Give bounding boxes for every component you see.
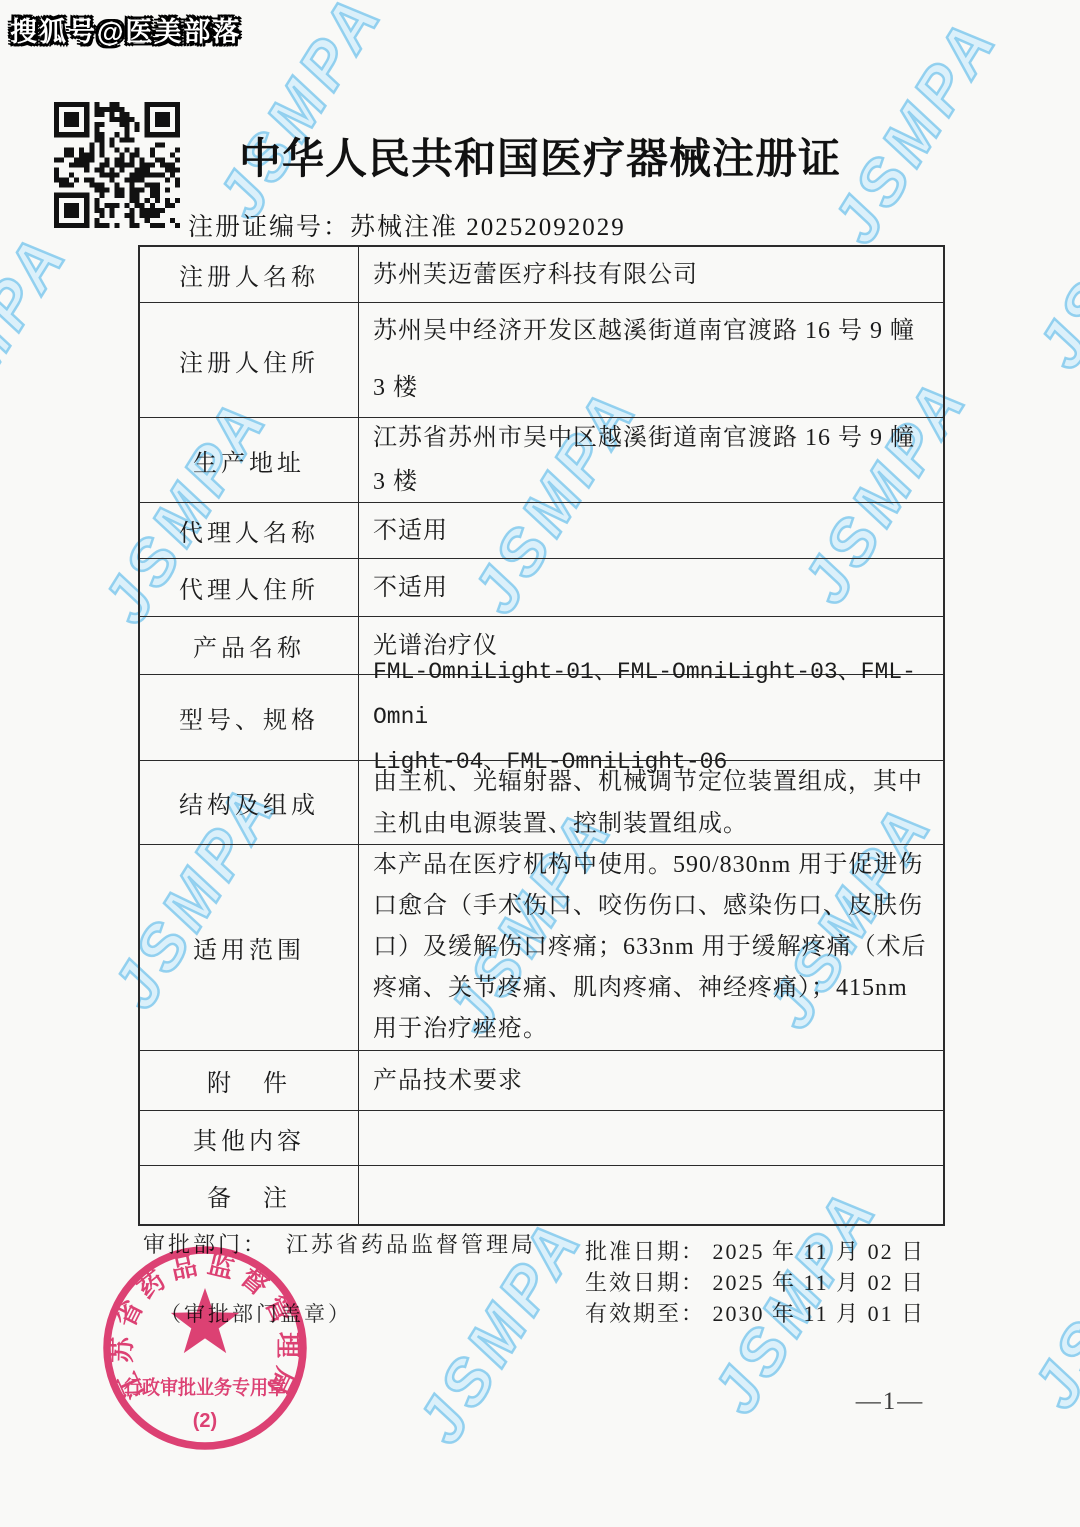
stamp-number: (2)	[193, 1410, 217, 1432]
registration-number-label: 注册证编号：	[188, 214, 350, 241]
expiry-date: 有效期至： 2030 年 11 月 01 日	[585, 1298, 925, 1329]
jsmpa-watermark: JSMPA	[0, 219, 83, 471]
row-label: 附 件	[140, 1051, 359, 1110]
row-label: 代理人住所	[140, 559, 359, 616]
registration-number-line: 注册证编号：苏械注准 20252092029	[188, 207, 626, 243]
certificate-title: 中华人民共和国医疗器械注册证	[0, 126, 1080, 186]
effective-date: 生效日期： 2025 年 11 月 02 日	[585, 1267, 925, 1298]
row-value: 产品技术要求	[359, 1051, 943, 1110]
registration-number-value: 苏械注准 20252092029	[350, 214, 626, 241]
row-label: 结构及组成	[140, 761, 359, 844]
table-row: 生产地址江苏省苏州市吴中区越溪街道南官渡路 16 号 9 幢 3 楼	[140, 417, 943, 502]
row-value: 江苏省苏州市吴中区越溪街道南官渡路 16 号 9 幢 3 楼	[359, 418, 943, 502]
row-label: 生产地址	[140, 418, 359, 502]
table-row: 其他内容	[140, 1110, 943, 1165]
row-value: 苏州芙迈蕾医疗科技有限公司	[359, 247, 943, 302]
approval-date: 批准日期： 2025 年 11 月 02 日	[585, 1236, 925, 1267]
table-row: 附 件产品技术要求	[140, 1050, 943, 1110]
table-row: 备 注	[140, 1165, 943, 1224]
registration-table: 注册人名称苏州芙迈蕾医疗科技有限公司注册人住所苏州吴中经济开发区越溪街道南官渡路…	[138, 245, 945, 1226]
row-label: 其他内容	[140, 1111, 359, 1165]
table-row: 型号、规格FML-OmniLight-01、FML-OmniLight-03、F…	[140, 674, 943, 760]
row-value	[359, 1166, 943, 1224]
row-label: 型号、规格	[140, 675, 359, 760]
jsmpa-watermark: JSMPA	[1017, 1169, 1080, 1421]
dates-block: 批准日期： 2025 年 11 月 02 日生效日期： 2025 年 11 月 …	[585, 1236, 925, 1329]
row-label: 适用范围	[140, 845, 359, 1050]
table-row: 注册人住所苏州吴中经济开发区越溪街道南官渡路 16 号 9 幢 3 楼	[140, 302, 943, 417]
table-row: 代理人名称不适用	[140, 502, 943, 558]
row-value: 不适用	[359, 559, 943, 616]
stamp-star-icon	[171, 1288, 239, 1353]
table-row: 适用范围本产品在医疗机构中使用。590/830nm 用于促进伤 口愈合（手术伤口…	[140, 844, 943, 1050]
table-row: 注册人名称苏州芙迈蕾医疗科技有限公司	[140, 247, 943, 302]
table-row: 结构及组成由主机、光辐射器、机械调节定位装置组成，其中 主机由电源装置、控制装置…	[140, 760, 943, 844]
certificate-page: JSMPAJSMPAJSMPAJSMPAJSMPAJSMPAJSMPAJSMPA…	[0, 0, 1080, 1527]
page-number: —1—	[830, 1388, 950, 1416]
table-row: 代理人住所不适用	[140, 558, 943, 616]
row-label: 注册人住所	[140, 303, 359, 417]
stamp-title: 行政审批业务专用章	[124, 1376, 286, 1399]
row-label: 备 注	[140, 1166, 359, 1224]
row-value: 本产品在医疗机构中使用。590/830nm 用于促进伤 口愈合（手术伤口、咬伤伤…	[359, 845, 943, 1050]
approval-stamp: 江苏省药品监督管理局 行政审批业务专用章 (2)	[99, 1242, 311, 1454]
row-label: 代理人名称	[140, 503, 359, 558]
row-value: 不适用	[359, 503, 943, 558]
row-value: 由主机、光辐射器、机械调节定位装置组成，其中 主机由电源装置、控制装置组成。	[359, 761, 943, 844]
row-label: 产品名称	[140, 617, 359, 674]
approval-dept-value: 江苏省药品监督管理局	[286, 1232, 536, 1257]
row-value: 苏州吴中经济开发区越溪街道南官渡路 16 号 9 幢 3 楼	[359, 303, 943, 417]
row-value	[359, 1111, 943, 1165]
channel-badge: 搜狐号@医美部落	[10, 10, 241, 49]
row-value: FML-OmniLight-01、FML-OmniLight-03、FML-Om…	[359, 675, 943, 760]
row-label: 注册人名称	[140, 247, 359, 302]
